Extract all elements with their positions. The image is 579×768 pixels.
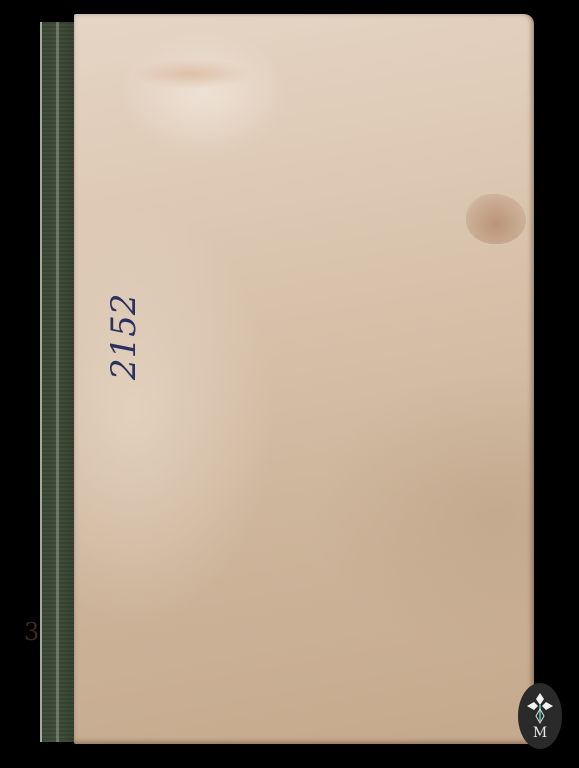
water-stain — [466, 194, 526, 244]
handwritten-number: 2152 — [104, 293, 144, 380]
ornament-monogram-icon: M — [524, 691, 556, 741]
svg-text:M: M — [533, 725, 547, 741]
watermark-logo: M — [518, 683, 562, 749]
water-stain-top — [132, 59, 252, 89]
book-spine — [40, 22, 78, 742]
spine-label: 3 — [24, 618, 39, 646]
handwritten-number-wrap: 2152 — [104, 380, 144, 500]
